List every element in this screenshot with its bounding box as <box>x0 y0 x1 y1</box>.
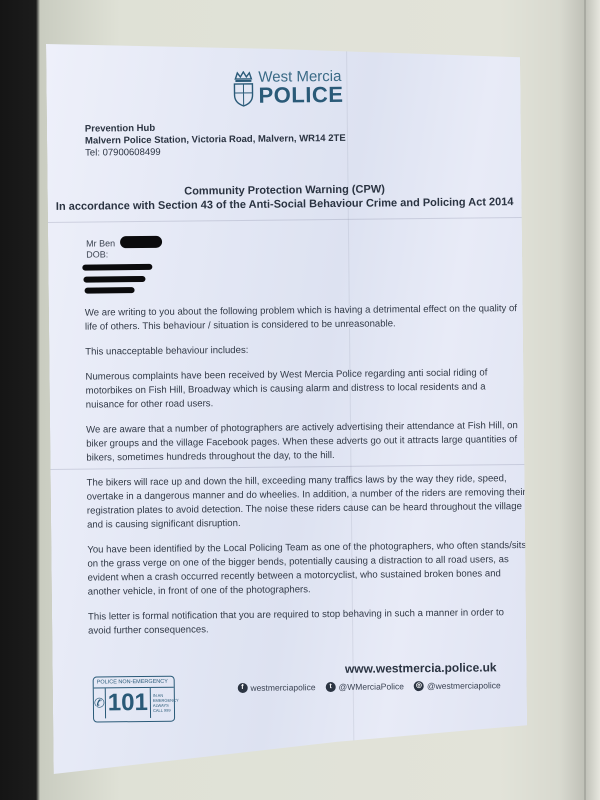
org-name-line2: POLICE <box>258 84 343 107</box>
sender-address: Prevention Hub Malvern Police Station, V… <box>85 121 346 160</box>
social-links: f westmerciapolice t @WMerciaPolice ◎ @w… <box>237 680 500 693</box>
redaction-address-line <box>82 264 152 271</box>
recipient-block: Mr Ben DOB: <box>86 238 115 260</box>
social-instagram: ◎ @westmerciapolice <box>414 680 501 691</box>
body-paragraph: This letter is formal notification that … <box>88 606 528 639</box>
body-paragraph: We are writing to you about the followin… <box>85 302 525 335</box>
police-crest-icon <box>232 70 254 106</box>
letter-page: West Mercia POLICE Prevention Hub Malver… <box>46 39 528 774</box>
letterhead-logo: West Mercia POLICE <box>232 69 343 107</box>
recipient-dob: DOB: <box>86 249 115 260</box>
body-paragraph: The bikers will race up and down the hil… <box>87 472 528 533</box>
non-emergency-label: POLICE NON-EMERGENCY <box>94 677 174 689</box>
non-emergency-badge: POLICE NON-EMERGENCY ✆ 101 IN AN EMERGEN… <box>93 676 175 723</box>
instagram-icon: ◎ <box>414 681 424 691</box>
redaction-address-line <box>83 276 145 283</box>
facebook-icon: f <box>237 683 247 693</box>
emergency-note: IN AN EMERGENCY ALWAYS CALL 999 <box>151 693 179 713</box>
website-link: www.westmercia.police.uk <box>345 660 497 676</box>
body-paragraph: This unacceptable behaviour includes: <box>85 341 525 360</box>
window-frame-edge <box>584 0 586 800</box>
non-emergency-number: 101 <box>106 688 151 718</box>
body-paragraph: We are aware that a number of photograph… <box>86 419 526 466</box>
body-paragraph: You have been identified by the Local Po… <box>87 539 528 600</box>
social-twitter: t @WMerciaPolice <box>326 681 404 692</box>
recipient-name: Mr Ben <box>86 238 115 249</box>
telephone: Tel: 07900608499 <box>85 145 346 160</box>
letter-body: We are writing to you about the followin… <box>85 302 529 650</box>
phone-icon: ✆ <box>94 688 106 718</box>
redaction-name <box>120 236 162 248</box>
redaction-address-line <box>85 287 135 294</box>
twitter-icon: t <box>326 682 336 692</box>
document-title: Community Protection Warning (CPW) In ac… <box>47 181 521 214</box>
body-paragraph: Numerous complaints have been received b… <box>85 366 525 413</box>
social-facebook: f westmerciapolice <box>237 682 315 693</box>
